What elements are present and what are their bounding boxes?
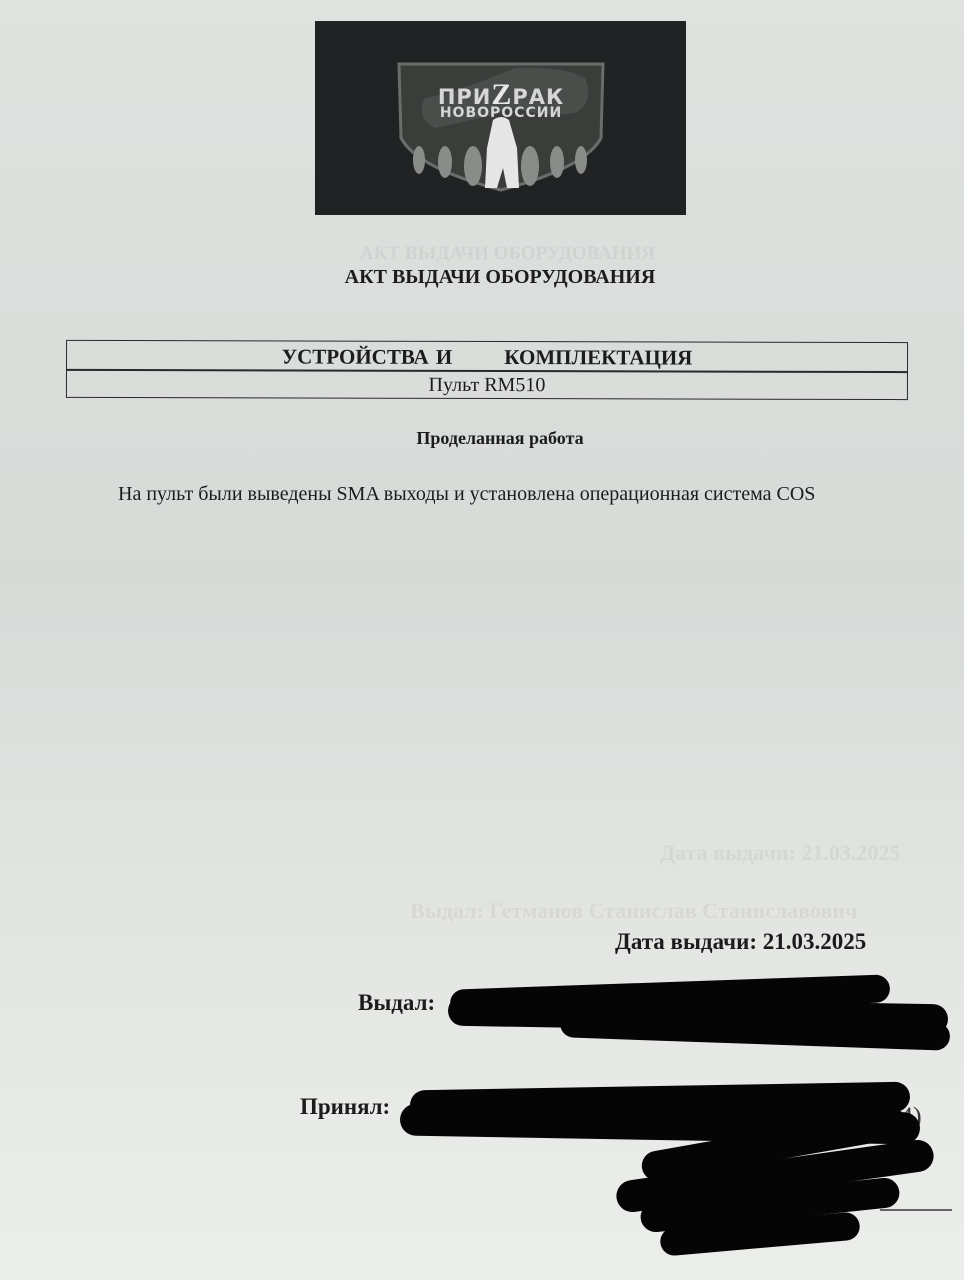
issue-date: Дата выдачи: 21.03.2025: [615, 929, 866, 955]
bleed-through-date: Дата выдачи: 21.03.2025: [660, 840, 900, 866]
logo-banner: ПРИZРАК НОВОРОССИИ: [315, 21, 686, 215]
bleed-through-issued: Выдал: Гетманов Станислав Станиславович: [410, 898, 857, 924]
received-by-label: Принял:: [300, 1094, 390, 1120]
work-section-title: Проделанная работа: [0, 428, 964, 449]
bleed-through-title: АКТ ВЫДАЧИ ОБОРУДОВАНИЯ: [360, 243, 655, 265]
issued-by-label: Выдал:: [358, 990, 435, 1016]
equipment-table-row: Пульт RM510: [67, 371, 907, 399]
equipment-table: УСТРОЙСТВА ИКОМПЛЕКТАЦИЯ Пульт RM510: [66, 340, 908, 400]
signature-line: [880, 1209, 952, 1211]
work-description: На пульт были выведены SMA выходы и уста…: [48, 481, 868, 508]
document-title: АКТ ВЫДАЧИ ОБОРУДОВАНИЯ: [0, 266, 964, 289]
logo-subtitle: НОВОРОССИИ: [315, 105, 687, 121]
equipment-table-header: УСТРОЙСТВА ИКОМПЛЕКТАЦИЯ: [67, 341, 907, 373]
